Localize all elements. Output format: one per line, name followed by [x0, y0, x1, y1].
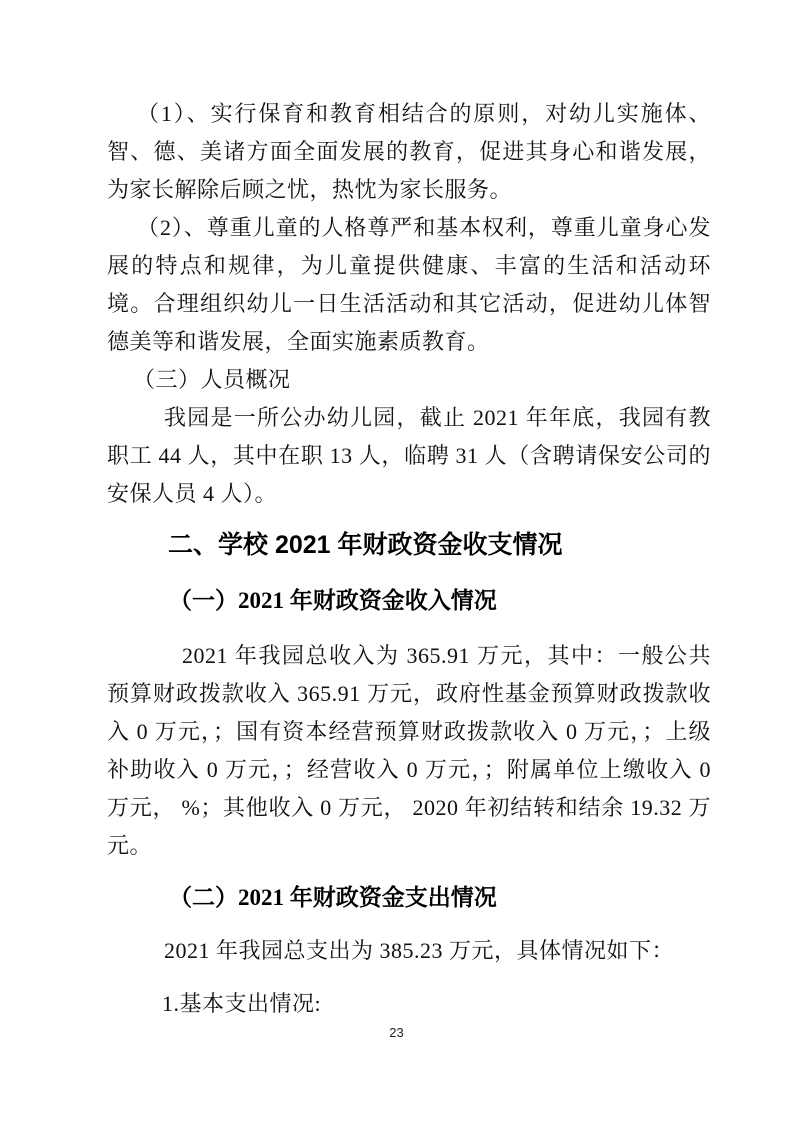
heading-expense-situation: （二）2021 年财政资金支出情况: [107, 881, 711, 915]
page-number: 23: [0, 1025, 793, 1040]
paragraph-childcare-principle-2: （2）、尊重儿童的人格尊严和基本权利，尊重儿童身心发展的特点和规律，为儿童提供健…: [107, 209, 711, 361]
subheading-personnel-overview: （三）人员概况: [107, 361, 711, 399]
paragraph-expense-total: 2021 年我园总支出为 385.23 万元，具体情况如下：: [107, 932, 711, 970]
heading-income-situation: （一）2021 年财政资金收入情况: [107, 584, 711, 618]
paragraph-basic-expense-label: 1.基本支出情况:: [107, 985, 711, 1023]
document-body: （1）、实行保育和教育相结合的原则，对幼儿实施体、智、德、美诸方面全面发展的教育…: [107, 95, 711, 1023]
paragraph-personnel-overview: 我园是一所公办幼儿园，截止 2021 年年底，我园有教职工 44 人，其中在职 …: [107, 399, 711, 513]
heading-section-two-finance-overview: 二、学校 2021 年财政资金收支情况: [107, 528, 711, 562]
paragraph-income-details: 2021 年我园总收入为 365.91 万元，其中：一般公共预算财政拨款收入 3…: [107, 637, 711, 865]
document-page: （1）、实行保育和教育相结合的原则，对幼儿实施体、智、德、美诸方面全面发展的教育…: [0, 0, 793, 1122]
paragraph-childcare-principle-1: （1）、实行保育和教育相结合的原则，对幼儿实施体、智、德、美诸方面全面发展的教育…: [107, 95, 711, 209]
